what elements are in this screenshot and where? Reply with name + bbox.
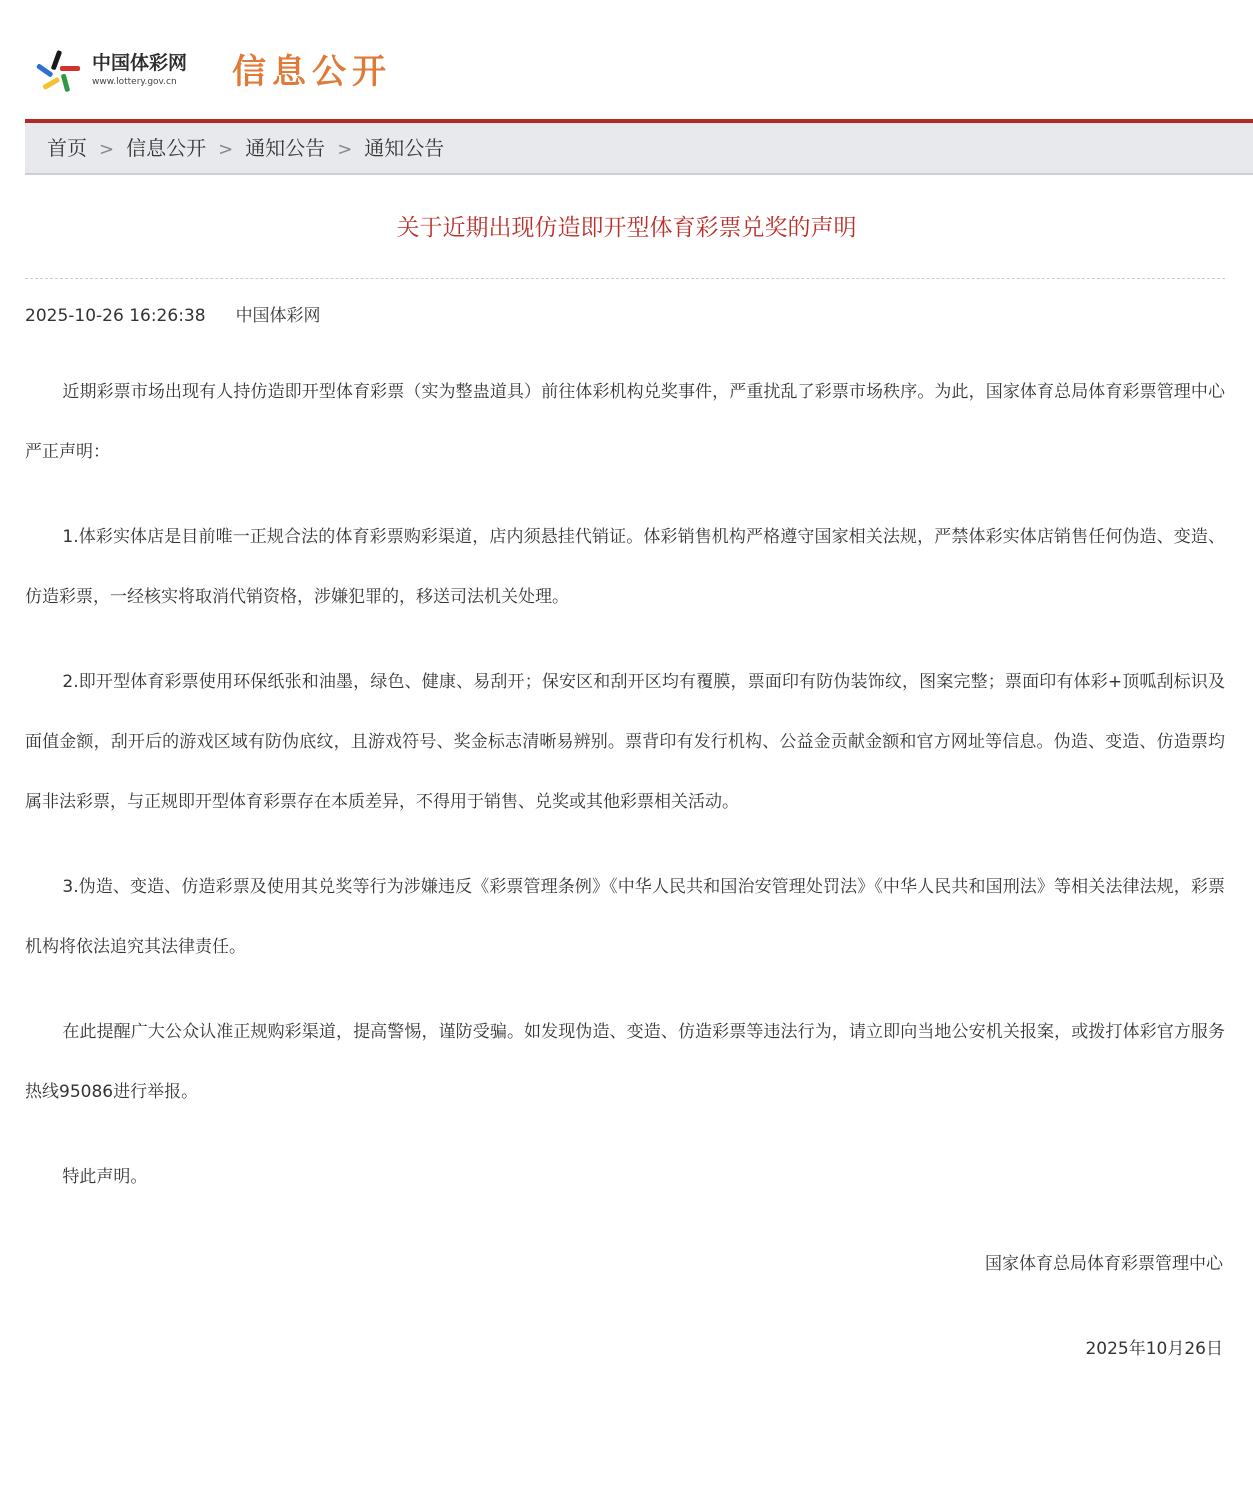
signature-date: 2025年10月26日 xyxy=(1085,1337,1223,1361)
logo-name: 中国体彩网 xyxy=(92,52,187,74)
article-title: 关于近期出现仿造即开型体育彩票兑奖的声明 xyxy=(0,213,1253,243)
breadcrumb-item-info-disclosure[interactable]: 信息公开 xyxy=(126,136,206,160)
paragraph-closing: 特此声明。 xyxy=(25,1147,1225,1207)
paragraph-point-3: 3.伪造、变造、仿造彩票及使用其兑奖等行为涉嫌违反《彩票管理条例》《中华人民共和… xyxy=(25,857,1225,977)
title-divider xyxy=(25,278,1225,279)
breadcrumb-item-notices-current[interactable]: 通知公告 xyxy=(364,136,444,160)
site-logo[interactable]: 中国体彩网 www.lottery.gov.cn xyxy=(92,52,187,88)
article-meta: 2025-10-26 16:26:38中国体彩网 xyxy=(25,304,321,328)
paragraph-point-2: 2.即开型体育彩票使用环保纸张和油墨，绿色、健康、易刮开；保安区和刮开区均有覆膜… xyxy=(25,652,1225,832)
article-source: 中国体彩网 xyxy=(236,306,321,326)
breadcrumb-item-notices[interactable]: 通知公告 xyxy=(245,136,325,160)
paragraph-point-1: 1.体彩实体店是目前唯一正规合法的体育彩票购彩渠道，店内须悬挂代销证。体彩销售机… xyxy=(25,507,1225,627)
article-body: 近期彩票市场出现有人持仿造即开型体育彩票（实为整蛊道具）前往体彩机构兑奖事件，严… xyxy=(25,362,1225,1207)
signature-org: 国家体育总局体育彩票管理中心 xyxy=(985,1252,1223,1276)
paragraph-reminder: 在此提醒广大公众认准正规购彩渠道，提高警惕，谨防受骗。如发现伪造、变造、仿造彩票… xyxy=(25,1002,1225,1122)
breadcrumb-bar: 首页>信息公开>通知公告>通知公告 xyxy=(25,119,1253,175)
publish-datetime: 2025-10-26 16:26:38 xyxy=(25,306,206,326)
breadcrumb-separator: > xyxy=(99,139,114,160)
section-title: 信息公开 xyxy=(232,50,392,94)
site-header: 中国体彩网 www.lottery.gov.cn 信息公开 xyxy=(0,0,1253,120)
breadcrumb-separator: > xyxy=(218,139,233,160)
lottery-star-icon[interactable] xyxy=(34,48,82,96)
logo-url: www.lottery.gov.cn xyxy=(92,76,187,88)
breadcrumb-item-home[interactable]: 首页 xyxy=(47,136,87,160)
breadcrumb-separator: > xyxy=(337,139,352,160)
breadcrumb: 首页>信息公开>通知公告>通知公告 xyxy=(47,135,444,163)
paragraph-intro: 近期彩票市场出现有人持仿造即开型体育彩票（实为整蛊道具）前往体彩机构兑奖事件，严… xyxy=(25,362,1225,482)
